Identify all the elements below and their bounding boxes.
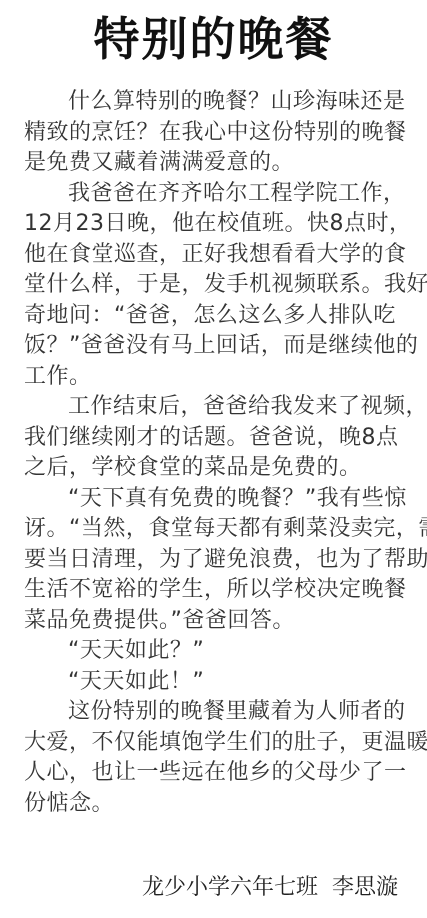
- line-text: 人心，也让一些远在他乡的父母少了一: [24, 760, 407, 785]
- text-line: 12月23日晚，他在校值班。快8点时，: [24, 209, 399, 240]
- text-line: 讶。“当然，食堂每天都有剩菜没卖完，需: [24, 514, 399, 545]
- line-text: “天下真有免费的晚餐？”我有些惊: [68, 486, 407, 511]
- text-line: 什么算特别的晚餐？山珍海味还是: [24, 87, 399, 118]
- author-signature: 龙少小学六年七班 李思漩: [142, 873, 398, 903]
- text-line: 份惦念。: [24, 789, 399, 820]
- text-line: 人心，也让一些远在他乡的父母少了一: [24, 758, 399, 789]
- text-line: 大爱，不仅能填饱学生们的肚子，更温暖: [24, 728, 399, 759]
- text-line: 堂什么样，于是，发手机视频联系。我好: [24, 270, 399, 301]
- line-text: “天天如此！”: [68, 669, 204, 694]
- line-text: 奇地问：“爸爸，怎么这么多人排队吃: [24, 303, 396, 328]
- text-line: 工作。: [24, 362, 399, 393]
- text-line: 我爸爸在齐齐哈尔工程学院工作，: [24, 179, 399, 210]
- text-line: “天天如此！”: [24, 667, 399, 698]
- line-text: 是免费又藏着满满爱意的。: [24, 150, 294, 175]
- text-line: “天天如此？”: [24, 636, 399, 667]
- line-text: 讶。“当然，食堂每天都有剩菜没卖完，需: [24, 516, 427, 541]
- text-line: 生活不宽裕的学生，所以学校决定晚餐: [24, 575, 399, 606]
- line-text: 我们继续刚才的话题。爸爸说，晚8点: [24, 425, 399, 450]
- text-line: “天下真有免费的晚餐？”我有些惊: [24, 484, 399, 515]
- text-line: 他在食堂巡查，正好我想看看大学的食: [24, 240, 399, 271]
- line-text: 工作。: [24, 364, 92, 389]
- line-text: 之后，学校食堂的菜品是免费的。: [24, 455, 362, 480]
- line-text: 菜品免费提供。”爸爸回答。: [24, 608, 295, 633]
- line-text: 什么算特别的晚餐？山珍海味还是: [68, 89, 406, 114]
- text-line: 精致的烹饪？在我心中这份特别的晚餐: [24, 118, 399, 149]
- line-text: 他在食堂巡查，正好我想看看大学的食: [24, 242, 407, 267]
- line-text: 12月23日晚，他在校值班。快8点时，: [24, 211, 412, 236]
- text-line: 我们继续刚才的话题。爸爸说，晚8点: [24, 423, 399, 454]
- article-title: 特别的晚餐: [0, 6, 427, 72]
- line-text: 这份特别的晚餐里藏着为人师者的: [68, 699, 406, 724]
- line-text: 份惦念。: [24, 791, 114, 816]
- line-text: 生活不宽裕的学生，所以学校决定晚餐: [24, 577, 407, 602]
- text-line: 之后，学校食堂的菜品是免费的。: [24, 453, 399, 484]
- text-line: 饭？”爸爸没有马上回话，而是继续他的: [24, 331, 399, 362]
- text-line: 菜品免费提供。”爸爸回答。: [24, 606, 399, 637]
- line-text: 我爸爸在齐齐哈尔工程学院工作，: [68, 181, 406, 206]
- line-text: “天天如此？”: [68, 638, 204, 663]
- text-line: 这份特别的晚餐里藏着为人师者的: [24, 697, 399, 728]
- text-line: 工作结束后，爸爸给我发来了视频，: [24, 392, 399, 423]
- line-text: 精致的烹饪？在我心中这份特别的晚餐: [24, 120, 407, 145]
- article-body: 什么算特别的晚餐？山珍海味还是 精致的烹饪？在我心中这份特别的晚餐 是免费又藏着…: [24, 87, 399, 819]
- text-line: 是免费又藏着满满爱意的。: [24, 148, 399, 179]
- text-line: 奇地问：“爸爸，怎么这么多人排队吃: [24, 301, 399, 332]
- line-text: 要当日清理，为了避免浪费，也为了帮助: [24, 547, 427, 572]
- line-text: 工作结束后，爸爸给我发来了视频，: [68, 394, 427, 419]
- line-text: 饭？”爸爸没有马上回话，而是继续他的: [24, 333, 418, 358]
- line-text: 堂什么样，于是，发手机视频联系。我好: [24, 272, 427, 297]
- line-text: 大爱，不仅能填饱学生们的肚子，更温暖: [24, 730, 427, 755]
- text-line: 要当日清理，为了避免浪费，也为了帮助: [24, 545, 399, 576]
